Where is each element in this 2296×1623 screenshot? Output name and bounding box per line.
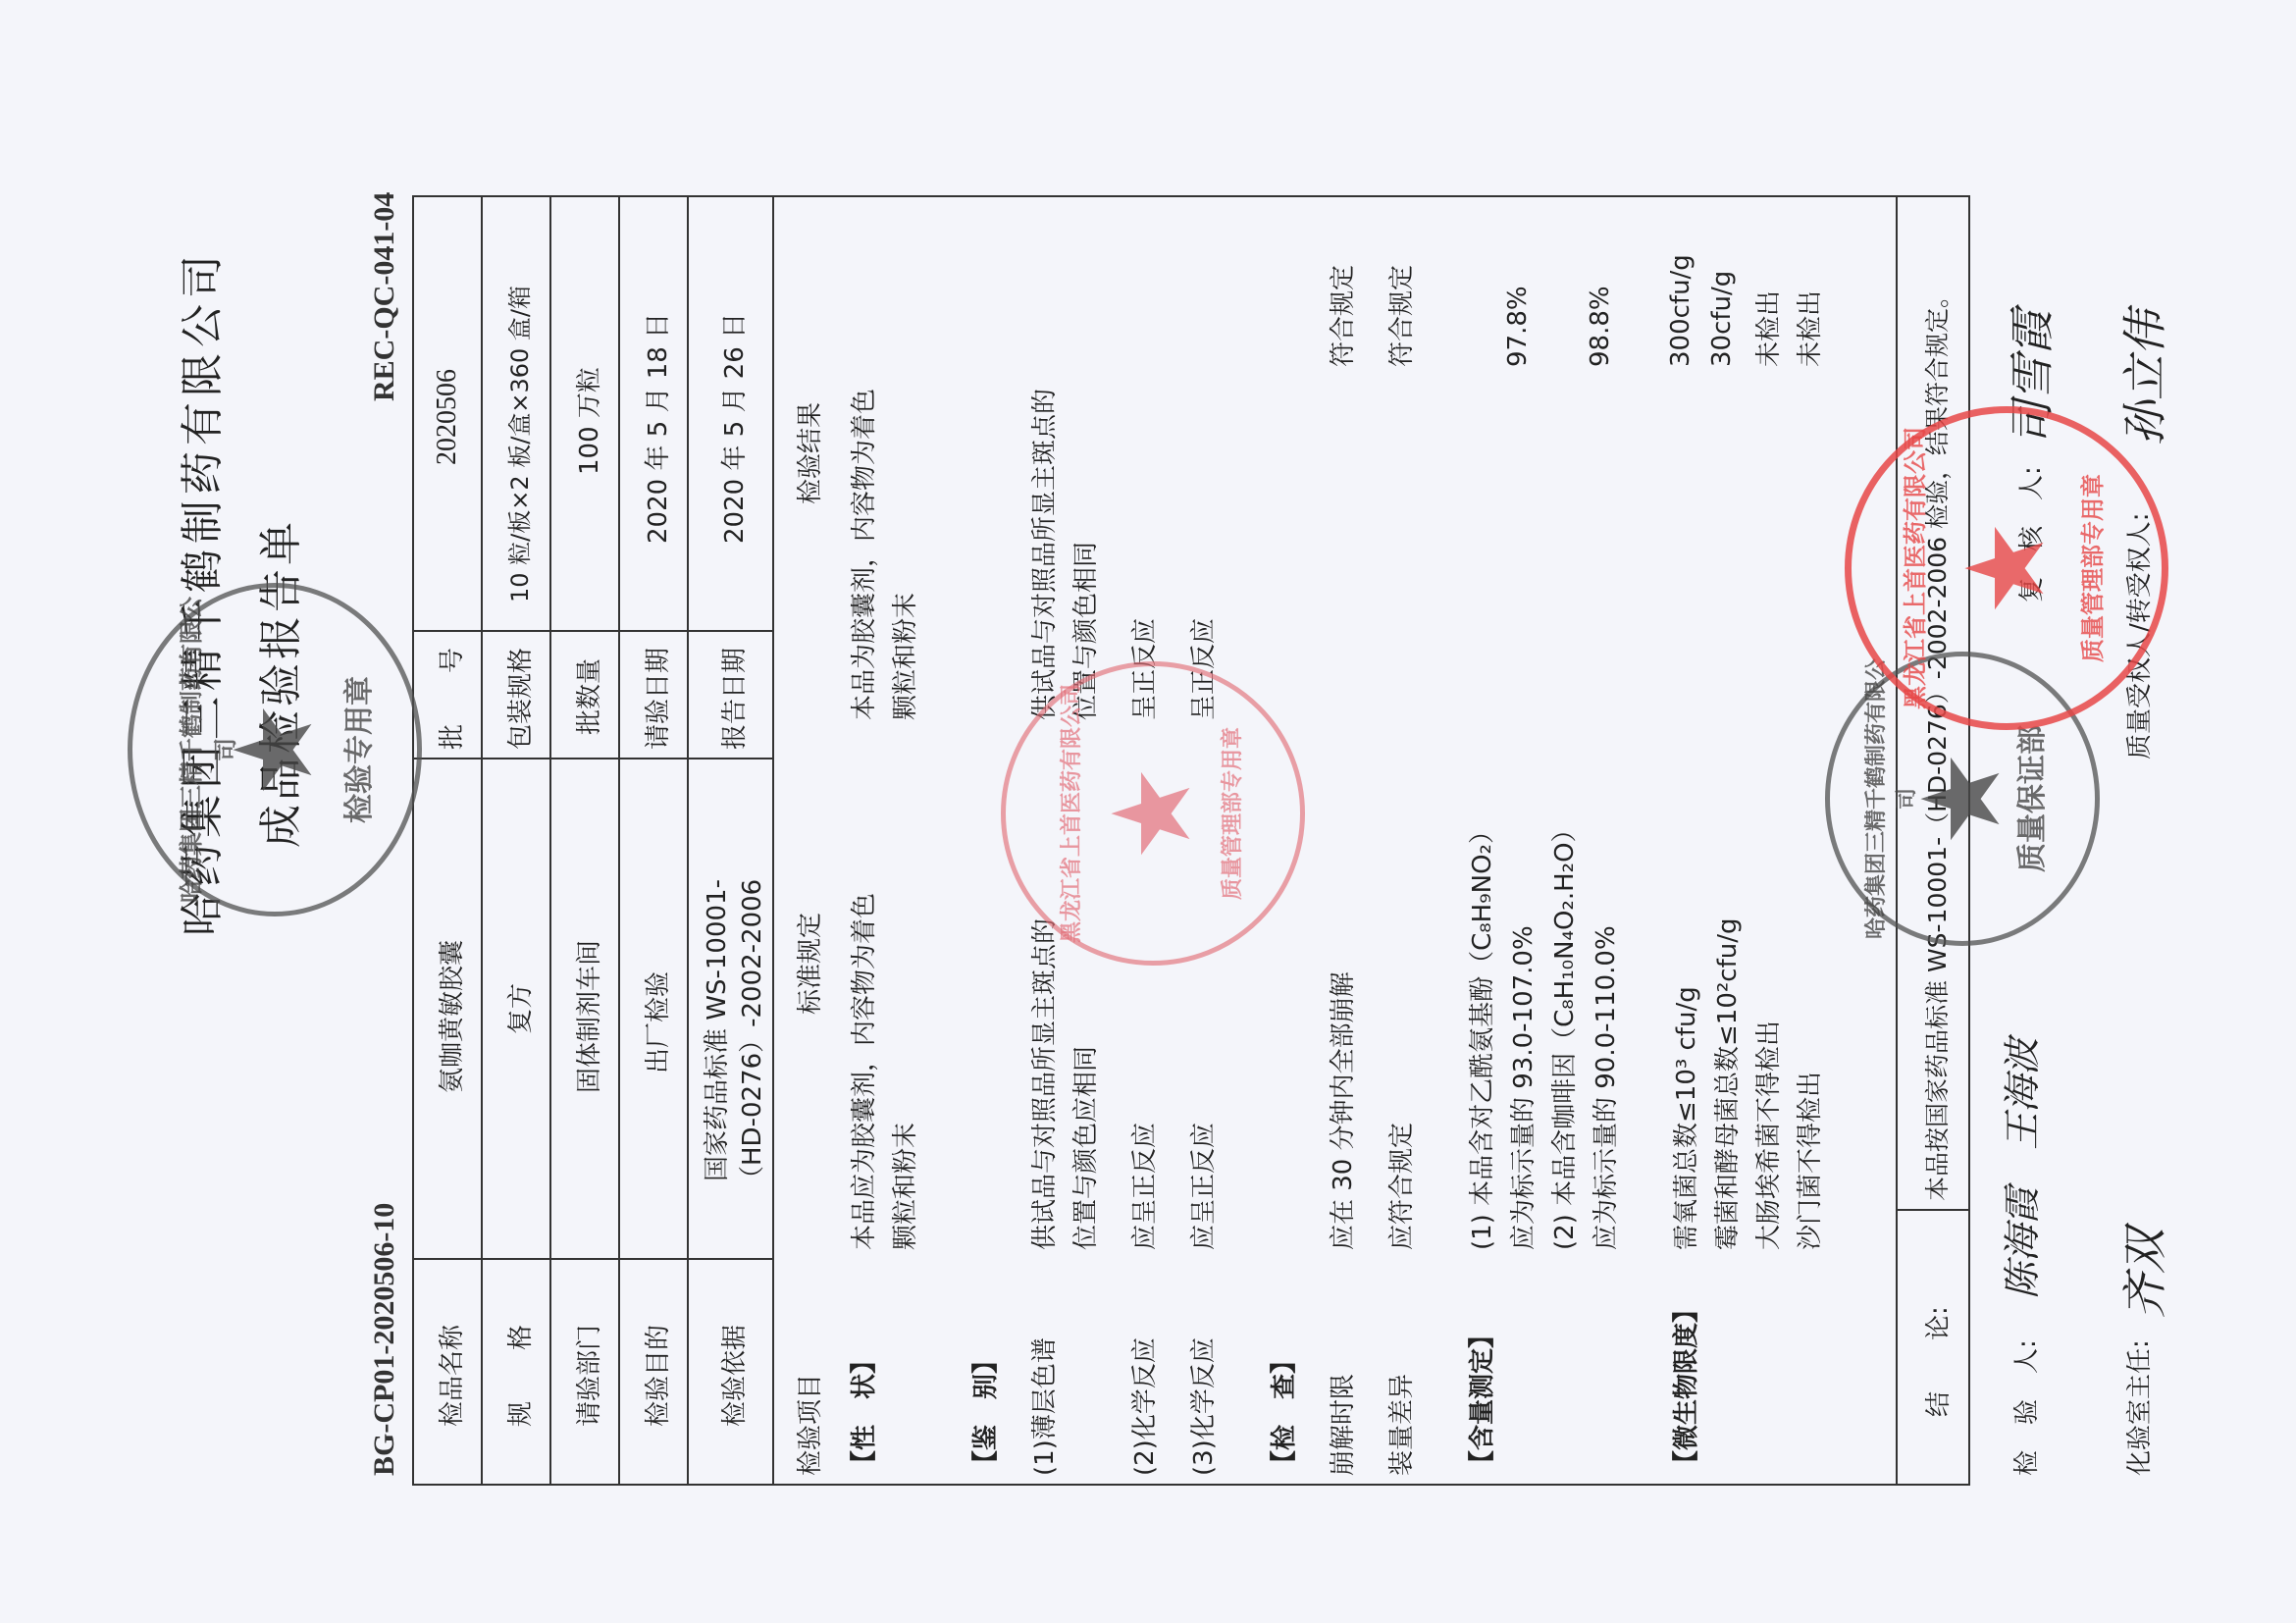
item-name: (2)化学反应: [1124, 1337, 1161, 1476]
item-result: 300cfu/g: [1666, 254, 1696, 367]
item-result: 未检出: [1790, 290, 1826, 367]
item-name: 【检 查】: [1264, 1348, 1300, 1476]
form-code: REC-QC-041-04: [368, 192, 401, 401]
label-product-name: 检品名称: [432, 1325, 468, 1427]
value-report-date: 2020 年 5 月 26 日: [714, 313, 751, 544]
header-inspection-stamp: 哈药集团三精千鹤制药有限公司 ★ 检验专用章: [128, 583, 422, 916]
value-basis-line2: （HD-0276）-2002-2006: [732, 879, 768, 1191]
item-standard: 需氧菌总数≤10³ cfu/g: [1666, 986, 1702, 1250]
item-name: 装量差异: [1382, 1374, 1418, 1476]
item-standard: 应为标示量的 90.0-110.0%: [1586, 925, 1622, 1250]
item-result: 97.8%: [1503, 286, 1533, 367]
inspection-report-page: 哈药集团三精千鹤制药有限公司 成品检验报告单 BG-CP01-2020506-1…: [0, 0, 2296, 1623]
star-icon: ★: [1099, 765, 1207, 863]
lab-director-label: 化验室主任:: [2119, 1339, 2156, 1476]
conclusion-label: 结 论:: [1918, 1306, 1955, 1417]
item-name: (1)薄层色谱: [1024, 1337, 1061, 1476]
item-name: (3)化学反应: [1183, 1337, 1220, 1476]
item-name: 【性 状】: [844, 1348, 880, 1476]
item-standard: 位置与颜色应相同: [1066, 1046, 1102, 1250]
col-header-item: 检验项目: [790, 1374, 826, 1476]
item-standard: (1) 本品含对乙酰氨基酚（C₈H₉NO₂）: [1462, 818, 1498, 1250]
value-product-name: 氨咖黄敏胶囊: [432, 940, 468, 1093]
report-number: BG-CP01-2020506-10: [368, 1203, 401, 1476]
item-standard: 应为标示量的 93.0-107.0%: [1503, 925, 1539, 1250]
value-batch-quantity: 100 万粒: [569, 367, 605, 475]
label-package-spec: 包装规格: [500, 648, 537, 750]
item-result: 符合规定: [1382, 265, 1418, 367]
quality-dept-stamp: 黑龙江省上首医药有限公司 ★ 质量管理部专用章: [1001, 661, 1305, 966]
quality-mgmt-red-stamp: 黑龙江省上首医药有限公司 ★ 质量管理部专用章: [1845, 406, 2168, 730]
inspector-signature: 陈海霞 王海波: [1992, 1038, 2046, 1299]
item-name: 崩解时限: [1323, 1374, 1359, 1476]
item-standard: 霉菌和酵母菌总数≤10²cfu/g: [1707, 918, 1744, 1250]
item-result: 颗粒和粉末: [885, 593, 921, 720]
item-result: 未检出: [1748, 290, 1785, 367]
star-icon: ★: [1953, 520, 2061, 617]
item-standard: (2) 本品含咖啡因（C₈H₁₀N₄O₂.H₂O）: [1544, 816, 1581, 1250]
label-purpose: 检验目的: [638, 1325, 674, 1427]
label-report-date: 报告日期: [714, 648, 751, 750]
value-purpose: 出厂检验: [638, 971, 674, 1073]
value-basis-line1: 国家药品标准 WS-10001-: [697, 879, 733, 1181]
col-header-standard: 标准规定: [790, 913, 826, 1015]
item-name: 【微生物限度】: [1666, 1297, 1702, 1476]
item-result: 本品为胶囊剂，内容物为着色: [844, 389, 880, 720]
qa-person-signature: 孙立伟: [2110, 310, 2174, 445]
item-standard: 颗粒和粉末: [885, 1123, 921, 1250]
value-batch-no: 2020506: [432, 369, 463, 465]
label-batch-no: 批 号: [432, 648, 468, 750]
label-request-date: 请验日期: [638, 648, 674, 750]
item-standard: 本品应为胶囊剂，内容物为着色: [844, 893, 880, 1250]
item-standard: 应呈正反应: [1124, 1123, 1161, 1250]
col-header-result: 检验结果: [790, 402, 826, 504]
star-icon: ★: [1908, 751, 2016, 848]
label-batch-quantity: 批数量: [569, 658, 605, 735]
value-request-date: 2020 年 5 月 18 日: [638, 313, 674, 544]
item-name: 【鉴 别】: [965, 1348, 1002, 1476]
item-standard: 沙门菌不得检出: [1790, 1072, 1826, 1250]
item-name: 【含量测定】: [1462, 1323, 1498, 1476]
value-package-spec: 10 粒/板×2 板/盒×360 盒/箱: [500, 286, 535, 602]
label-basis: 检验依据: [714, 1325, 751, 1427]
item-result: 符合规定: [1323, 265, 1359, 367]
lab-director-signature: 齐双: [2110, 1229, 2174, 1319]
item-standard: 应符合规定: [1382, 1123, 1418, 1250]
item-result: 30cfu/g: [1707, 271, 1737, 367]
label-department: 请验部门: [569, 1325, 605, 1427]
value-spec: 复方: [500, 983, 537, 1034]
item-standard: 应在 30 分钟内全部崩解: [1323, 971, 1359, 1250]
item-standard: 大肠埃希菌不得检出: [1748, 1021, 1785, 1250]
value-department: 固体制剂车间: [569, 940, 605, 1093]
item-result: 98.8%: [1586, 286, 1615, 367]
item-standard: 应呈正反应: [1183, 1123, 1220, 1250]
label-spec: 规 格: [500, 1325, 537, 1427]
inspector-label: 检 验 人:: [2007, 1339, 2043, 1476]
item-standard: 供试品与对照品所显主斑点的: [1024, 918, 1061, 1250]
